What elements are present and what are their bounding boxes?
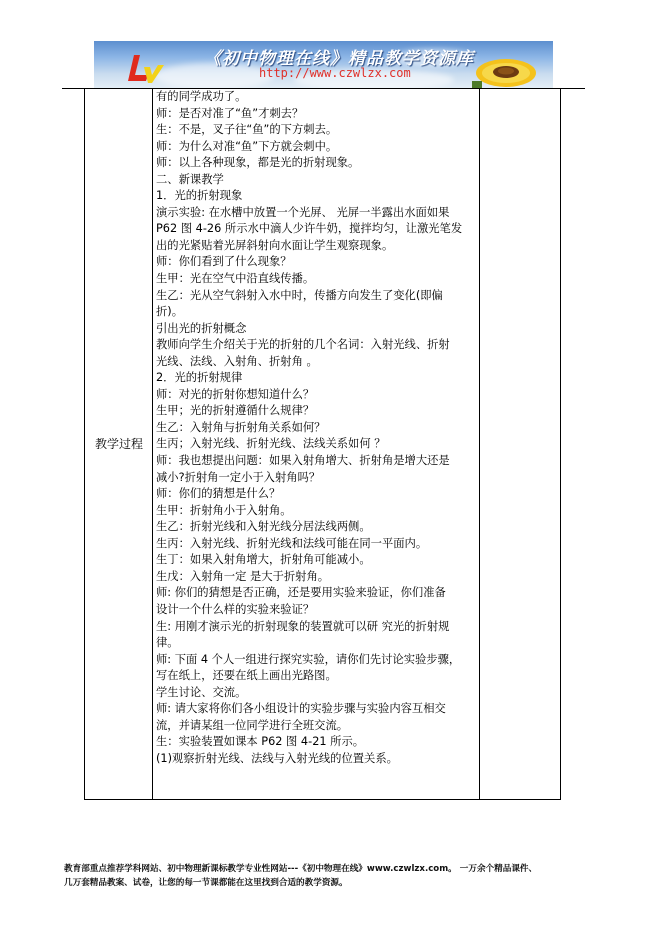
content-line: 生甲：折射角小于入射角。 <box>156 503 482 520</box>
content-line: 师：以上各种现象，都是光的折射现象。 <box>156 155 482 172</box>
content-line: 师：你们看到了什么现象？ <box>156 254 482 271</box>
content-line: (1)观察折射光线、法线与入射光线的位置关系。 <box>156 751 482 768</box>
lesson-plan-table: 教学过程 有的同学成功了。 师：是否对准了“鱼”才刺去？ 生：不是，叉子往“鱼”… <box>84 88 561 800</box>
content-line: 师：为什么对准“鱼”下方就会刺中。 <box>156 139 482 156</box>
content-line: 生丙：入射光线、折射光线和法线可能在同一平面内。 <box>156 536 482 553</box>
content-line: 写在纸上，还要在纸上画出光路图。 <box>156 668 482 685</box>
content-line: 1．光的折射现象 <box>156 188 482 205</box>
header-banner: 《初中物理在线》精品教学资源库 http://www.czwlzx.com <box>94 41 553 88</box>
content-line: 2．光的折射规律 <box>156 370 482 387</box>
content-line: 师: 下面 4 个人一组进行探究实验，请你们先讨论实验步骤， <box>156 652 482 669</box>
content-cell: 有的同学成功了。 师：是否对准了“鱼”才刺去？ 生：不是，叉子往“鱼”的下方刺去… <box>156 89 482 767</box>
content-line: 减小?折射角一定小于入射角吗？ <box>156 470 482 487</box>
banner-url: http://www.czwlzx.com <box>259 66 411 80</box>
site-logo-icon <box>124 53 164 83</box>
content-line: 流，并请某组一位同学进行全班交流。 <box>156 718 482 735</box>
content-line: P62 图 4-26 所示水中滴人少许牛奶，搅拌均匀，让激光笔发 <box>156 221 482 238</box>
content-line: 出的光紧贴着光屏斜射向水面让学生观察现象。 <box>156 238 482 255</box>
content-line: 生: 用刚才演示光的折射现象的装置就可以研 究光的折射规 <box>156 619 482 636</box>
content-line: 生乙：光从空气斜射入水中时，传播方向发生了变化(即偏 <box>156 288 482 305</box>
content-line: 律。 <box>156 635 482 652</box>
section-label-cell: 教学过程 <box>85 88 153 799</box>
content-line: 引出光的折射概念 <box>156 321 482 338</box>
content-line: 演示实验: 在水槽中放置一个光屏、 光屏一半露出水面如果 <box>156 205 482 222</box>
content-line: 生：实验装置如课本 P62 图 4-21 所示。 <box>156 734 482 751</box>
content-line: 师：我也想提出问题：如果入射角增大、折射角是增大还是 <box>156 453 482 470</box>
content-line: 光线、法线、入射角、折射角 。 <box>156 354 482 371</box>
content-line: 设计一个什么样的实验来验证？ <box>156 602 482 619</box>
sunflower-icon <box>472 51 536 88</box>
content-line: 师: 你们的猜想是否正确，还是要用实验来验证，你们准备 <box>156 585 482 602</box>
content-line: 师：你们的猜想是什么？ <box>156 486 482 503</box>
footer-line-2: 几万套精品教案、试卷，让您的每一节课都能在这里找到合适的教学资源。 <box>64 876 604 890</box>
content-line: 教师向学生介绍关于光的折射的几个名词：入射光线、折射 <box>156 337 482 354</box>
content-line: 生甲；光的折射遵循什么规律？ <box>156 403 482 420</box>
notes-cell <box>480 88 560 799</box>
content-line: 生乙：入射角与折射角关系如何？ <box>156 420 482 437</box>
content-line: 生甲：光在空气中沿直线传播。 <box>156 271 482 288</box>
content-line: 师: 请大家将你们各小组设计的实验步骤与实验内容互相交 <box>156 701 482 718</box>
content-line: 有的同学成功了。 <box>156 89 482 106</box>
footer-line-1: 教育部重点推荐学科网站、初中物理新课标教学专业性网站---《初中物理在线》www… <box>64 862 604 876</box>
content-line: 师：是否对准了“鱼”才刺去？ <box>156 106 482 123</box>
content-line: 生丁：如果入射角增大，折射角可能减小。 <box>156 552 482 569</box>
section-label: 教学过程 <box>95 435 143 452</box>
content-line: 生丙；入射光线、折射光线、法线关系如何 ？ <box>156 436 482 453</box>
content-line: 生戊：入射角一定 是大于折射角。 <box>156 569 482 586</box>
content-line: 生：不是，叉子往“鱼”的下方刺去。 <box>156 122 482 139</box>
page-footer: 教育部重点推荐学科网站、初中物理新课标教学专业性网站---《初中物理在线》www… <box>64 862 604 890</box>
content-line: 二、新课教学 <box>156 172 482 189</box>
content-line: 师：对光的折射你想知道什么？ <box>156 387 482 404</box>
content-line: 折)。 <box>156 304 482 321</box>
content-line: 生乙：折射光线和入射光线分居法线两侧。 <box>156 519 482 536</box>
content-line: 学生讨论、交流。 <box>156 685 482 702</box>
